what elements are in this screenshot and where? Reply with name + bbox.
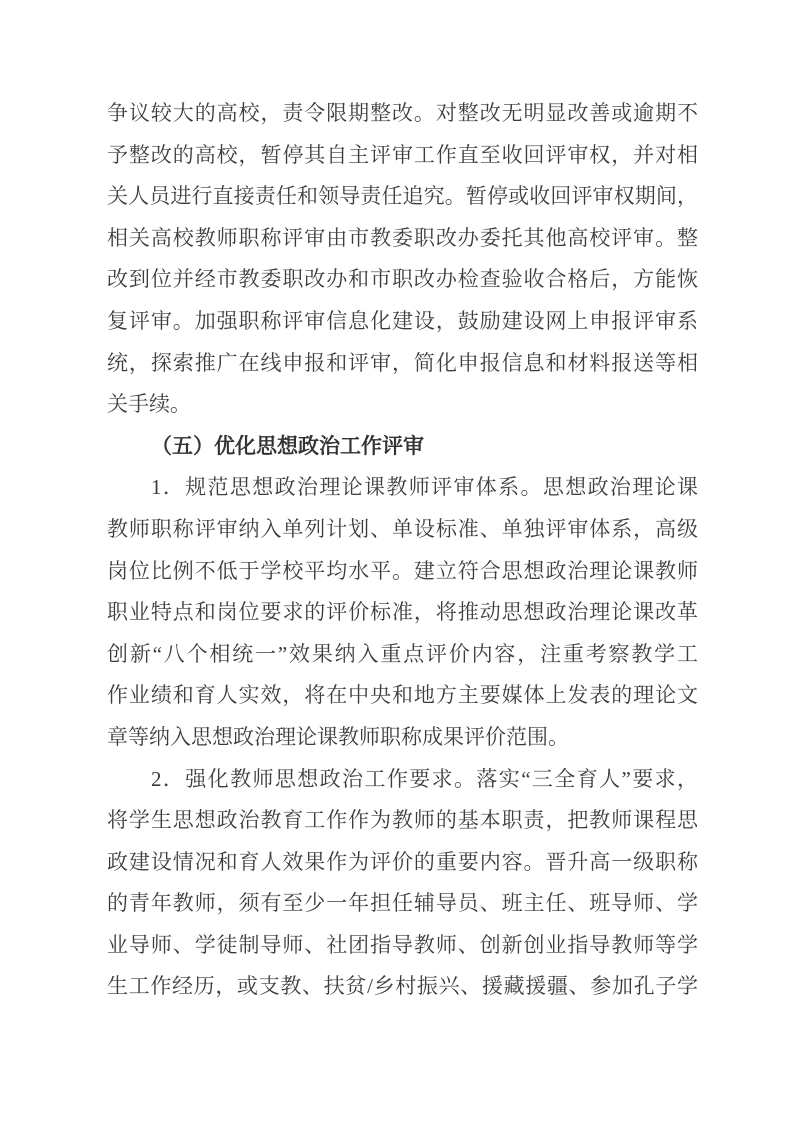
text-line: 统，探索推广在线申报和评审，简化申报信息和材料报送等相 [107, 343, 698, 385]
text-line: 相关高校教师职称评审由市教委职改办委托其他高校评审。整 [107, 218, 698, 260]
text-line: 1．规范思想政治理论课教师评审体系。思想政治理论课 [107, 467, 698, 509]
text-line: 章等纳入思想政治理论课教师职称成果评价范围。 [107, 717, 698, 759]
paragraph-continuation: 争议较大的高校，责令限期整改。对整改无明显改善或逾期不予整改的高校，暂停其自主评… [107, 93, 698, 426]
text-line: 职业特点和岗位要求的评价标准，将推动思想政治理论课改革 [107, 592, 698, 634]
section-heading-line: （五）优化思想政治工作评审 [107, 426, 698, 468]
text-line: 改到位并经市教委职改办和市职改办检查验收合格后，方能恢 [107, 259, 698, 301]
text-line: 作业绩和育人实效，将在中央和地方主要媒体上发表的理论文 [107, 675, 698, 717]
text-line: 关手续。 [107, 384, 698, 426]
text-line: 政建设情况和育人效果作为评价的重要内容。晋升高一级职称 [107, 842, 698, 884]
text-line: 业导师、学徒制导师、社团指导教师、创新创业指导教师等学 [107, 925, 698, 967]
text-line: 2．强化教师思想政治工作要求。落实“三全育人”要求， [107, 759, 698, 801]
section-heading-5: （五）优化思想政治工作评审 [107, 426, 698, 468]
text-line: 将学生思想政治教育工作作为教师的基本职责，把教师课程思 [107, 800, 698, 842]
document-body: 争议较大的高校，责令限期整改。对整改无明显改善或逾期不予整改的高校，暂停其自主评… [107, 93, 698, 1008]
paragraph-item-1: 1．规范思想政治理论课教师评审体系。思想政治理论课教师职称评审纳入单列计划、单设… [107, 467, 698, 758]
text-line: 的青年教师，须有至少一年担任辅导员、班主任、班导师、学 [107, 883, 698, 925]
text-line: 教师职称评审纳入单列计划、单设标准、单独评审体系，高级 [107, 509, 698, 551]
text-line: 岗位比例不低于学校平均水平。建立符合思想政治理论课教师 [107, 551, 698, 593]
text-line: 复评审。加强职称评审信息化建设，鼓励建设网上申报评审系 [107, 301, 698, 343]
text-line: 予整改的高校，暂停其自主评审工作直至收回评审权，并对相 [107, 135, 698, 177]
text-line: 创新“八个相统一”效果纳入重点评价内容，注重考察教学工 [107, 634, 698, 676]
paragraph-item-2: 2．强化教师思想政治工作要求。落实“三全育人”要求，将学生思想政治教育工作作为教… [107, 759, 698, 1009]
text-line: 生工作经历，或支教、扶贫/乡村振兴、援藏援疆、参加孔子学 [107, 966, 698, 1008]
text-line: 争议较大的高校，责令限期整改。对整改无明显改善或逾期不 [107, 93, 698, 135]
text-line: 关人员进行直接责任和领导责任追究。暂停或收回评审权期间， [107, 176, 698, 218]
document-page: 争议较大的高校，责令限期整改。对整改无明显改善或逾期不予整改的高校，暂停其自主评… [0, 0, 793, 1122]
